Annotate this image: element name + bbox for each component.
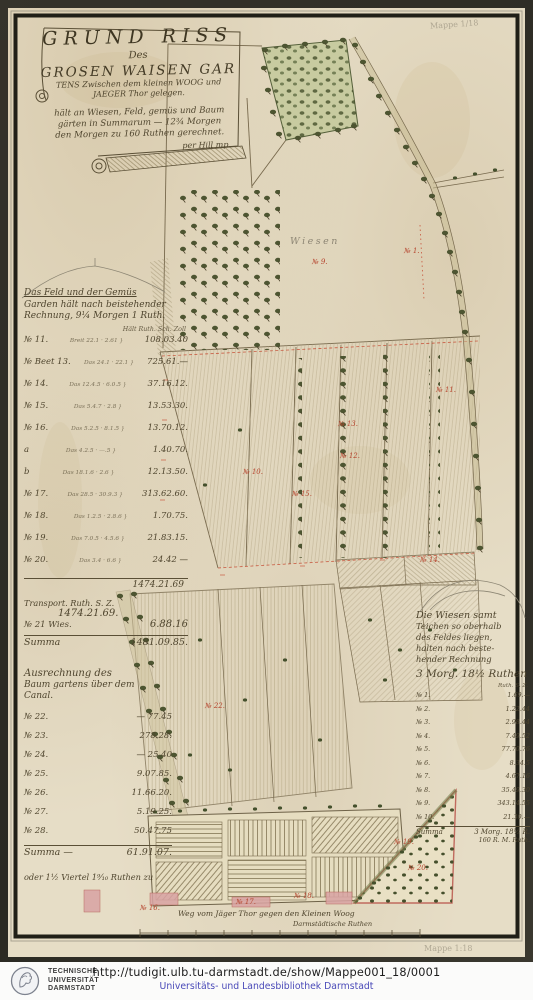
- signature: per Hill mp.: [35, 140, 245, 153]
- source-url: http://tudigit.ulb.tu-darmstadt.de/show/…: [0, 966, 533, 979]
- wiesen-label: Wiesen: [290, 236, 340, 247]
- row-label: № 10.: [416, 813, 434, 827]
- baumgarten-table: № 22.— 77.45 № 23.278.28. № 24.— 25.40 №…: [24, 712, 172, 882]
- row-label: № 7.: [416, 772, 430, 786]
- table-row: № 6.8.34.5: [416, 759, 530, 773]
- summa-label: Summa: [24, 637, 60, 648]
- parcel-label-10: № 10.: [243, 468, 263, 476]
- row-value: 9.07.85.: [137, 769, 172, 779]
- row-label: № 17.: [24, 489, 48, 499]
- footer-caption: http://tudigit.ulb.tu-darmstadt.de/show/…: [0, 966, 533, 992]
- table-row: № 10.21.30.—: [416, 813, 530, 827]
- row-label: № 18.: [24, 511, 48, 521]
- left-col-header: Hält Ruth. Sch. Zoll: [24, 326, 186, 333]
- digitized-map-page: GRUND RISS Des GROSEN WAISEN GAR TENS Zw…: [0, 0, 533, 1000]
- transport-label: Transport. Ruth. S. Z.: [24, 598, 188, 608]
- parcel-label-15: № 15.: [292, 490, 312, 498]
- table-row: № 26.11.66.20.: [24, 788, 172, 807]
- row-label: № 28.: [24, 826, 48, 836]
- left-heading-4: Ausrechnung des: [24, 668, 188, 680]
- row-detail: Das 5.4.7 · 2.8 }: [48, 404, 147, 410]
- row-value: 1.70.75.: [153, 511, 188, 521]
- row-value: 343.14.55: [497, 799, 530, 813]
- table-row: № 28.50.47.75: [24, 826, 172, 845]
- table-row: № Beet 13.Das 24.1 · 22.1 }725.61.—: [24, 357, 188, 379]
- row-label: № 23.: [24, 731, 48, 741]
- row-value: 24.42 —: [152, 555, 188, 565]
- parcel-label-9: № 9.: [312, 258, 328, 266]
- row-label: № 11.: [24, 335, 48, 345]
- row-detail: Das 28.5 · 30.9.3 }: [48, 492, 142, 498]
- row-label: № 16.: [24, 423, 48, 433]
- left-heading-5: Baum gartens über dem: [24, 680, 188, 692]
- right-col-header: Ruth. S. Z.: [416, 683, 528, 689]
- parcel-label-12: № 12.: [340, 452, 360, 460]
- orchard-tree-rows: [178, 190, 280, 350]
- table-row: № 19.Das 7.0.5 · 4.5.6 }21.83.15.: [24, 533, 188, 555]
- table-row: № 20.Das 3.4 · 6.6 }24.42 —: [24, 555, 188, 577]
- row-detail: Das 4.2.5 · —.5 }: [29, 448, 153, 454]
- row-label: № Beet 13.: [24, 357, 71, 367]
- summa-value: 3 Morg. 18½ R.: [474, 828, 530, 836]
- summa-value: 61.91.07.: [127, 847, 172, 858]
- map-title: GRUND RISS: [32, 24, 242, 50]
- parcel-label-19: № 19.: [394, 838, 414, 846]
- summa-label: Summa —: [24, 847, 73, 858]
- scan-photo: GRUND RISS Des GROSEN WAISEN GAR TENS Zw…: [0, 0, 533, 962]
- table-row: № 23.278.28.: [24, 731, 172, 750]
- row-label: № 5.: [416, 745, 430, 759]
- table-row: № 5.77.70.76: [416, 745, 530, 759]
- row-value: — 25.40: [136, 750, 172, 760]
- left-calculation-block: Das Feld und der Gemüs Garden hält nach …: [24, 288, 188, 590]
- row-value: 21.30.—: [503, 813, 530, 827]
- table-row: № 16.Das 5.2.5 · 8.1.5 }13.70.12.: [24, 423, 188, 445]
- left-heading-1: Das Feld und der Gemüs: [24, 288, 188, 300]
- row-label: № 15.: [24, 401, 48, 411]
- right-heading-5: hender Rechnung: [416, 654, 530, 665]
- table-row: № 25.9.07.85.: [24, 769, 172, 788]
- row-label: № 14.: [24, 379, 48, 389]
- table-row: № 14.Das 12.4.5 · 6.0.5 }37.16.12.: [24, 379, 188, 401]
- title-cartouche: GRUND RISS Des GROSEN WAISEN GAR TENS Zw…: [32, 24, 245, 174]
- row-value: 1.40.70.: [153, 445, 188, 455]
- parcel-label-16: № 16.: [140, 904, 160, 912]
- parcel-label-22: № 22.: [205, 702, 225, 710]
- row-label: № 24.: [24, 750, 48, 760]
- library-footer-bar: TECHNISCHE UNIVERSITÄT DARMSTADT http://…: [0, 962, 533, 1000]
- row-value: 1.22.44: [506, 705, 530, 719]
- row-value: 5.19.25.: [137, 807, 172, 817]
- row-label: № 25.: [24, 769, 48, 779]
- row-label: № 27.: [24, 807, 48, 817]
- row-detail: Das 18.1.6 · 2.6 }: [29, 470, 147, 476]
- row-value: — 77.45: [136, 712, 172, 722]
- row-value: 11.66.20.: [131, 788, 172, 798]
- row-value: 77.70.76: [502, 745, 530, 759]
- parcel-label-1: № 1.: [404, 247, 420, 255]
- table-row: № 11.Breit 22.1 · 2.61 }108.03.40: [24, 335, 188, 357]
- table-row: aDas 4.2.5 · —.5 }1.40.70.: [24, 445, 188, 467]
- map-subtitle: hält an Wiesen, Feld, gemüs und Baum gär…: [34, 105, 245, 142]
- row-detail: Das 24.1 · 22.1 }: [71, 360, 147, 366]
- right-heading-total: 3 Morg. 18½ Ruthen: [416, 668, 530, 680]
- row-label: № 3.: [416, 718, 430, 732]
- summa-label: Summa: [416, 828, 443, 836]
- summa-row: Summa3 Morg. 18½ R.: [416, 826, 530, 836]
- row-value: 37.16.12.: [147, 379, 188, 389]
- row-value: 13.53.30.: [147, 401, 188, 411]
- parcel-label-20: № 20.: [408, 864, 428, 872]
- row-value: 1.69.—: [507, 691, 530, 705]
- row-label: № 26.: [24, 788, 48, 798]
- table-row: № 8.35.49.30: [416, 786, 530, 800]
- right-heading-4: halten nach beste-: [416, 643, 530, 654]
- row-value: 313.62.60.: [142, 489, 188, 499]
- pencil-shelfmark-bottom: Mappe 1:18: [424, 944, 472, 953]
- row-detail: Das 3.4 · 6.6 }: [48, 558, 152, 564]
- right-heading-3: des Feldes liegen,: [416, 632, 530, 643]
- row-value: 12.13.50.: [147, 467, 188, 477]
- row-detail: Das 5.2.5 · 8.1.5 }: [48, 426, 147, 432]
- table-row: № 27.5.19.25.: [24, 807, 172, 826]
- row-detail: Das 1.2.5 · 2.8.6 }: [48, 514, 153, 520]
- row-label: № 21 Wies.: [24, 620, 72, 630]
- row-detail: Das 7.0.5 · 4.5.6 }: [48, 536, 147, 542]
- row-value: 108.03.40: [145, 335, 188, 345]
- row-label: № 9.: [416, 799, 430, 813]
- parcel-label-11: № 11.: [436, 386, 456, 394]
- row-label: № 22.: [24, 712, 48, 722]
- row-label: № 4.: [416, 732, 430, 746]
- row-value: 278.28.: [140, 731, 172, 741]
- row-label: № 6.: [416, 759, 430, 773]
- table-row: № 3.2.98.44: [416, 718, 530, 732]
- viertel-footnote: oder 1½ Viertel 1⁹⁄₁₀ Ruthen zu: [24, 872, 172, 882]
- left-heading-6: Canal.: [24, 691, 188, 703]
- row-value: 6.88.16: [150, 619, 188, 630]
- row-value: 35.49.30: [502, 786, 530, 800]
- row-value: 50.47.75: [134, 826, 172, 836]
- left-sum-1: 1474.21.69: [24, 578, 188, 590]
- table-row: № 15.Das 5.4.7 · 2.8 }13.53.30.: [24, 401, 188, 423]
- table-row: № 22.— 77.45: [24, 712, 172, 731]
- wiesen-calculation-block: Die Wiesen samt Teichen so oberhalb des …: [416, 610, 530, 844]
- summa-value: 1481.09.85.: [131, 637, 188, 648]
- row-detail: Breit 22.1 · 2.61 }: [48, 338, 144, 344]
- transport-block: Transport. Ruth. S. Z. 1474.21.69. № 21 …: [24, 598, 188, 648]
- row-value: 2.98.44: [506, 718, 530, 732]
- row-detail: Das 12.4.5 · 6.0.5 }: [48, 382, 147, 388]
- table-row: № 1.1.69.—: [416, 691, 530, 705]
- table-row: № 7.4.67.16: [416, 772, 530, 786]
- row-label: № 20.: [24, 555, 48, 565]
- row-label: № 2.: [416, 705, 430, 719]
- table-row: № 2.1.22.44: [416, 705, 530, 719]
- row-value: 8.34.5: [510, 759, 530, 773]
- road-label: Weg vom Jäger Thor gegen den Kleinen Woo…: [178, 909, 355, 918]
- right-heading-1: Die Wiesen samt: [416, 610, 530, 621]
- table-row: № 24.— 25.40: [24, 750, 172, 769]
- row-value: 7.49.52: [506, 732, 530, 746]
- left-heading-3: Rechnung, 9¼ Morgen 1 Ruth.: [24, 311, 188, 323]
- summa-row: Summa —61.91.07.: [24, 845, 172, 858]
- scale-label: Darmstädtische Ruthen: [293, 920, 372, 928]
- right-heading-2: Teichen so oberhalb: [416, 621, 530, 632]
- table-row: № 9.343.14.55: [416, 799, 530, 813]
- wooded-parcel: [261, 38, 358, 143]
- row-value: 21.83.15.: [147, 533, 188, 543]
- parcel-label-13: № 13.: [338, 420, 358, 428]
- summa-row: Summa1481.09.85.: [24, 635, 188, 648]
- table-row: № 17.Das 28.5 · 30.9.3 }313.62.60.: [24, 489, 188, 511]
- parcel-label-14: № 14.: [420, 556, 440, 564]
- table-row: № 21 Wies.6.88.16: [24, 619, 188, 635]
- row-label: № 8.: [416, 786, 430, 800]
- parcel-label-18: № 18.: [294, 892, 314, 900]
- table-row: № 4.7.49.52: [416, 732, 530, 746]
- right-note: 160 R. M. Ruth.: [416, 836, 530, 844]
- row-value: 4.67.16: [506, 772, 530, 786]
- row-label: № 19.: [24, 533, 48, 543]
- library-link[interactable]: Universitäts- und Landesbibliothek Darms…: [0, 981, 533, 992]
- transport-value: 1474.21.69.: [58, 608, 188, 619]
- table-row: bDas 18.1.6 · 2.6 }12.13.50.: [24, 467, 188, 489]
- baumgarten-heading: Ausrechnung des Baum gartens über dem Ca…: [24, 668, 188, 703]
- row-label: № 1.: [416, 691, 430, 705]
- row-value: 725.61.—: [147, 357, 188, 367]
- left-heading-2: Garden hält nach beistehender: [24, 300, 188, 312]
- table-row: № 18.Das 1.2.5 · 2.8.6 }1.70.75.: [24, 511, 188, 533]
- parcel-label-17: № 17.: [236, 898, 256, 906]
- row-value: 13.70.12.: [147, 423, 188, 433]
